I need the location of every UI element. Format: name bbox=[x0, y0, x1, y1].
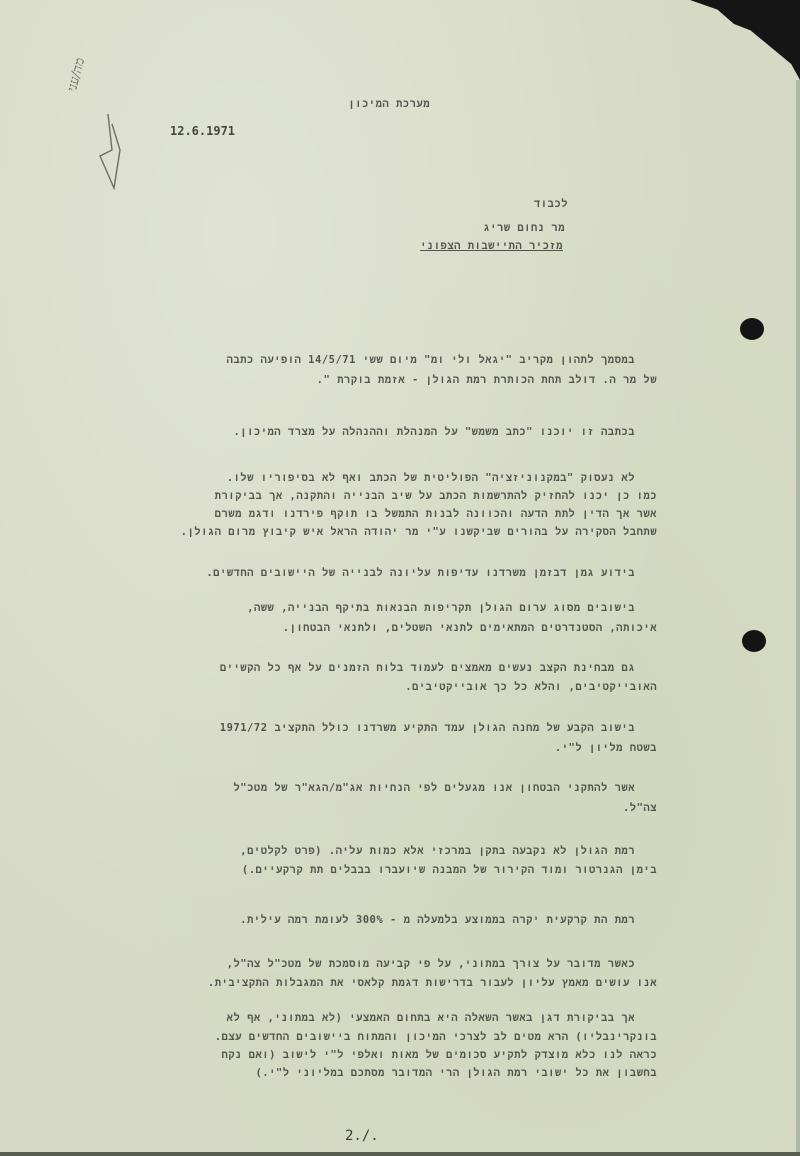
paragraph-11-line-1: כאשר מדובר על צורך במתוני, על פי קביעה מ… bbox=[227, 958, 635, 971]
scanned-page: מה/עני מערכת המיכון 12.6.1971 לכבוד מר נ… bbox=[0, 0, 800, 1156]
handwritten-checkmark-icon bbox=[90, 110, 130, 190]
header-title: מערכת המיכון bbox=[348, 98, 430, 111]
paragraph-1-line-2: של מר ה. דולב תחת הכותרת רמת הגולן - אזמ… bbox=[317, 374, 657, 387]
paragraph-7-line-2: בשטח מליון ל"י. bbox=[555, 742, 657, 755]
paragraph-3-line-2: כמו כן יכנו להחזיק להתרשמות הכתב על שיב … bbox=[215, 490, 657, 503]
page-edge bbox=[796, 80, 800, 1156]
paragraph-5-line-2: איכותה, הסטנדרטים המתאימים לתנאי השטלים,… bbox=[283, 622, 657, 635]
paragraph-6-line-2: האובייקטיבים, והלא כל כך אובייקטיבים. bbox=[405, 681, 657, 694]
paragraph-1-line-1: במסמך לתהון מקריב "יגאל ולי ומ" מיום ששי… bbox=[227, 354, 635, 367]
paragraph-2-line-1: בכתבה זו יוכנו "כתב משמש" על המנהלת וההנ… bbox=[233, 426, 635, 439]
paragraph-12-line-2: בונקרינבליו) הרא מטים לב לצרכי המיכון וה… bbox=[215, 1031, 657, 1044]
paragraph-12-line-4: בחשבון את כל ישובי רמת הגולן הרי המדובר … bbox=[255, 1067, 657, 1080]
paragraph-11-line-2: אנו עושים מאמץ עליון לעבור בדרישות דגמת … bbox=[208, 977, 657, 990]
handwritten-note: מה/עני bbox=[64, 51, 132, 105]
paragraph-12-line-3: כראה לנו כלא מוצדק לתקיע סכומים של מאות … bbox=[221, 1049, 657, 1062]
recipient-title: מזכיר התיישבות הצפוני bbox=[420, 240, 563, 253]
paragraph-5-line-1: בישובים מסוג ערום הגולן תקריפות הבנאות ב… bbox=[247, 602, 635, 615]
paragraph-9-line-2: בימן הגנרטור ומוד הקירור של המבנה שיועבר… bbox=[242, 864, 657, 877]
paragraph-9-line-1: רמת הגולן לא נקבעה בתקן במרכזי אלא כמות … bbox=[240, 845, 635, 858]
paragraph-10-line-1: רמת הת קרקעית יקרה בממוצע בלמעלה מ - 300… bbox=[240, 914, 635, 927]
page-number: 2./. bbox=[345, 1128, 379, 1144]
paragraph-4-line-1: בידוע גמן דבזמן משרדנו עדיפות עליונה לבנ… bbox=[206, 567, 635, 580]
paragraph-6-line-1: גם מבחינת הקצב נעשים מאמצים לעמוד בלוח ה… bbox=[220, 662, 635, 675]
recipient-salutation: לכבוד bbox=[534, 198, 568, 211]
paragraph-8-line-1: אשר להתקני הבטחון אנו מגעלים לפי הנחיות … bbox=[233, 782, 635, 795]
paragraph-12-line-1: אך בביקורת דגן באשר השאלה היא בתחום האמצ… bbox=[227, 1012, 635, 1025]
paragraph-7-line-1: בישוב הקבע של מחנה הגולן עמד התקיע משרדנ… bbox=[220, 722, 635, 735]
document-date: 12.6.1971 bbox=[170, 124, 235, 138]
torn-corner bbox=[690, 0, 800, 80]
paragraph-3-line-1: לא נעסוק "במקנוניזציה" הפוליטית של הכתב … bbox=[227, 472, 635, 485]
paragraph-8-line-2: צה"ל. bbox=[623, 802, 657, 815]
paragraph-3-line-4: שתחבל הסקירה על בהורים שביקשנו ע"י מר יה… bbox=[181, 526, 657, 539]
punch-hole-bottom bbox=[742, 630, 766, 652]
recipient-name: מר נחום שריג bbox=[483, 222, 565, 235]
paragraph-3-line-3: אשר אך הדין לתת הדעה והכוונה לבנות התמשל… bbox=[215, 508, 657, 521]
page-bottom-edge bbox=[0, 1152, 800, 1156]
punch-hole-top bbox=[740, 318, 764, 340]
